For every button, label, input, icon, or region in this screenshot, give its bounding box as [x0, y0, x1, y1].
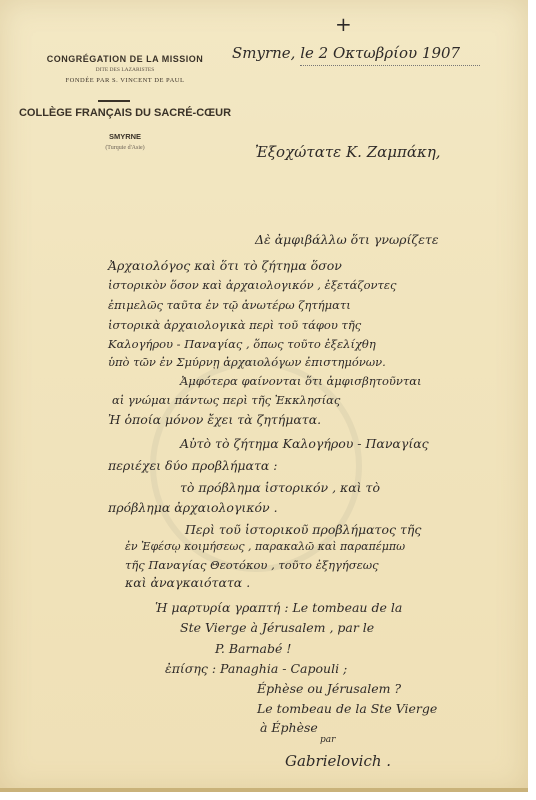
body-line: Ste Vierge à Jérusalem , par le [180, 620, 374, 635]
letter-page: CONGRÉGATION DE LA MISSION DITE DES LAZA… [0, 0, 528, 792]
body-line: ὑπὸ τῶν ἐν Σμύρνῃ ἀρχαιολόγων ἐπιστημόνω… [108, 355, 386, 369]
body-line: Ἀρχαιολόγος καὶ ὅτι τὸ ζήτημα ὅσον [108, 258, 342, 273]
body-line: πρόβλημα ἀρχαιολογικόν . [108, 500, 278, 515]
body-line: περιέχει δύο προβλήματα : [108, 458, 278, 473]
letterhead-country: (Turquie d'Asie) [0, 145, 250, 151]
body-line: Ἀμφότερα φαίνονται ὅτι ἀμφισβητοῦνται [180, 374, 422, 388]
body-line: καὶ ἀναγκαιότατα . [125, 575, 250, 590]
body-line: Ἠ ὁποία μόνον ἔχει τὰ ζητήματα. [108, 412, 321, 427]
body-line: Δὲ ἀμφιβάλλω ὅτι γνωρίζετε [255, 232, 439, 247]
body-line: Αὐτὸ τὸ ζήτημα Καλογήρου - Παναγίας [180, 436, 429, 451]
body-line: P. Barnabé ! [215, 641, 291, 656]
letterhead-city: SMYRNE [0, 132, 250, 141]
body-line: Éphèse ou Jérusalem ? [257, 681, 401, 696]
body-line: ἱστορικὰ ἀρχαιολογικὰ περὶ τοῦ τάφου τῆς [108, 318, 361, 332]
body-line: ἱστορικὸν ὅσον καὶ ἀρχαιολογικόν , ἐξετά… [108, 278, 396, 292]
body-line: Περὶ τοῦ ἱστορικοῦ προβλήματος τῆς [185, 522, 421, 537]
letterhead-congregation: CONGRÉGATION DE LA MISSION [0, 54, 250, 64]
body-line: Ἡ μαρτυρία γραπτή : Le tombeau de la [155, 600, 402, 615]
body-line: par [320, 735, 335, 745]
signature: Gabrielovich . [285, 752, 391, 770]
letter-greeting: Ἐξοχώτατε Κ. Ζαμπάκη, [255, 143, 441, 161]
body-line: ἐπιμελῶς ταῦτα ἐν τῷ ἀνωτέρω ζητήματι [108, 298, 351, 312]
letter-date: Smyrne, le 2 Οκτωβρίου 1907 [232, 44, 460, 62]
letterhead-lazaristes: DITE DES LAZARISTES [0, 67, 250, 73]
letterhead-college: COLLÈGE FRANÇAIS DU SACRÉ-CŒUR [0, 107, 250, 119]
letterhead-divider [98, 100, 130, 102]
body-line: ἐν Ἐφέσῳ κοιμήσεως , παρακαλῶ καὶ παραπέ… [125, 540, 405, 553]
letterhead-founder: FONDÉE PAR S. VINCENT DE PAUL [0, 77, 250, 84]
body-line: à Éphèse [260, 720, 318, 735]
body-line: τὸ πρόβλημα ἱστορικόν , καὶ τὸ [180, 480, 380, 495]
body-line: αἱ γνώμαι πάντως περὶ τῆς Ἐκκλησίας [112, 393, 340, 407]
date-dotted-line [300, 65, 480, 66]
body-line: ἐπίσης : Panaghia - Capouli ; [165, 661, 347, 676]
body-line: Le tombeau de la Ste Vierge [257, 701, 437, 716]
body-line: τῆς Παναγίας Θεοτόκου , τοῦτο ἐξηγήσεως [125, 558, 379, 572]
body-line: Καλογήρου - Παναγίας , ὅπως τοῦτο ἐξελίχ… [108, 337, 376, 351]
cross-mark: + [335, 12, 352, 36]
